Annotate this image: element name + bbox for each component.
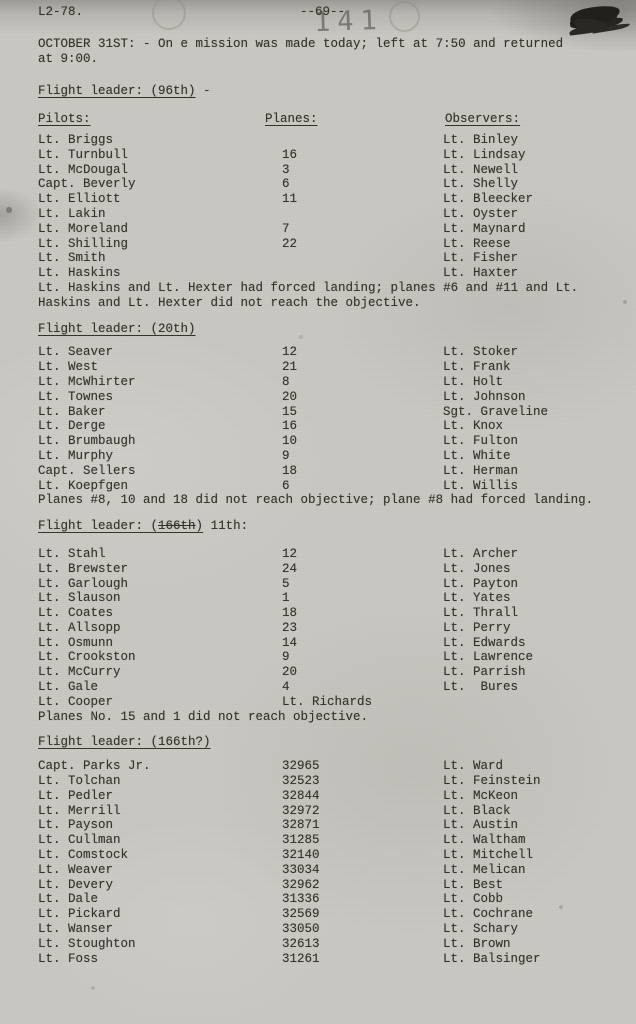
observer-cell: Lt. Stoker — [443, 345, 616, 360]
pilot-cell: Lt. Garlough — [38, 577, 282, 592]
table-row: Lt. Crookston9Lt. Lawrence — [38, 650, 616, 665]
flight-sections: Flight leader: (96th) - Pilots: Planes: … — [38, 84, 616, 966]
observer-cell: Lt. Cobb — [443, 892, 616, 907]
plane-cell — [282, 266, 443, 281]
section-notes: Planes No. 15 and 1 did not reach object… — [38, 710, 616, 725]
pilot-cell: Lt. Derge — [38, 419, 282, 434]
plane-cell: 12 — [282, 547, 443, 562]
section-heading: Flight leader: (20th) — [38, 322, 616, 337]
table-row: Lt. Wanser33050Lt. Schary — [38, 922, 616, 937]
flight-section: Flight leader: (20th) Lt. Seaver12Lt. St… — [38, 322, 616, 509]
table-row: Lt. Brumbaugh10Lt. Fulton — [38, 434, 616, 449]
observer-cell: Lt. Bures — [443, 680, 616, 695]
plane-cell: 32972 — [282, 804, 443, 819]
observers-column-header: Observers: — [445, 112, 616, 127]
flight-section: Flight leader: (96th) - Pilots: Planes: … — [38, 84, 616, 310]
pilot-cell: Lt. Foss — [38, 952, 282, 967]
table-row: Lt. Garlough5Lt. Payton — [38, 577, 616, 592]
observer-cell: Lt. Knox — [443, 419, 616, 434]
pilot-cell: Lt. Seaver — [38, 345, 282, 360]
section-notes: Planes #8, 10 and 18 did not reach objec… — [38, 493, 616, 508]
pilot-cell: Lt. McCurry — [38, 665, 282, 680]
plane-cell: 18 — [282, 606, 443, 621]
table-row: Lt. Shilling22Lt. Reese — [38, 237, 616, 252]
table-row: Lt. Elliott11Lt. Bleecker — [38, 192, 616, 207]
pilot-cell: Lt. Smith — [38, 251, 282, 266]
page-number: --69-- — [300, 5, 345, 20]
heading-text: ) — [196, 519, 204, 533]
pilot-cell: Lt. Allsopp — [38, 621, 282, 636]
plane-cell: 9 — [282, 650, 443, 665]
document-page: 141 L2-78. --69-- OCTOBER 31ST: - On e m… — [0, 0, 636, 1024]
observer-cell: Lt. Parrish — [443, 665, 616, 680]
plane-cell: 16 — [282, 419, 443, 434]
pilot-table: Lt. Seaver12Lt. StokerLt. West21Lt. Fran… — [38, 345, 616, 493]
heading-tail-text: - — [196, 84, 211, 98]
heading-struck-text: 166th — [158, 519, 196, 533]
observer-cell — [443, 695, 616, 710]
observer-cell: Lt. Balsinger — [443, 952, 616, 967]
section-heading: Flight leader: (166th) 11th: — [38, 519, 616, 534]
plane-cell: 33050 — [282, 922, 443, 937]
observer-cell: Lt. Thrall — [443, 606, 616, 621]
observer-cell: Lt. Black — [443, 804, 616, 819]
heading-text: Flight leader: (96th) — [38, 84, 196, 98]
table-row: Lt. Dale31336Lt. Cobb — [38, 892, 616, 907]
observer-cell: Lt. Jones — [443, 562, 616, 577]
table-row: Lt. BriggsLt. Binley — [38, 133, 616, 148]
pilot-cell: Capt. Sellers — [38, 464, 282, 479]
observer-cell: Lt. Brown — [443, 937, 616, 952]
table-row: Lt. Koepfgen6Lt. Willis — [38, 479, 616, 494]
plane-cell: 11 — [282, 192, 443, 207]
pilot-cell: Lt. Payson — [38, 818, 282, 833]
observer-cell: Lt. McKeon — [443, 789, 616, 804]
table-row: Lt. Foss31261Lt. Balsinger — [38, 952, 616, 967]
mission-summary-line: OCTOBER 31ST: - On e mission was made to… — [38, 37, 616, 52]
pilot-cell: Lt. Pedler — [38, 789, 282, 804]
observer-cell: Lt. Payton — [443, 577, 616, 592]
table-column-headers: Pilots: Planes: Observers: — [38, 112, 616, 127]
observer-cell: Lt. Reese — [443, 237, 616, 252]
observer-cell: Lt. Schary — [443, 922, 616, 937]
table-row: Lt. Slauson1Lt. Yates — [38, 591, 616, 606]
pilot-cell: Lt. Wanser — [38, 922, 282, 937]
observer-cell: Lt. Perry — [443, 621, 616, 636]
table-row: Lt. Osmunn14Lt. Edwards — [38, 636, 616, 651]
plane-cell: 1 — [282, 591, 443, 606]
plane-cell: 24 — [282, 562, 443, 577]
table-row: Capt. Parks Jr.32965Lt. Ward — [38, 759, 616, 774]
observer-cell: Lt. Maynard — [443, 222, 616, 237]
plane-cell: 3 — [282, 163, 443, 178]
observer-cell: Lt. Fulton — [443, 434, 616, 449]
table-row: Lt. McCurry20Lt. Parrish — [38, 665, 616, 680]
flight-section: Flight leader: (166th) 11th: Lt. Stahl12… — [38, 519, 616, 724]
observer-cell: Lt. Edwards — [443, 636, 616, 651]
plane-cell: 32844 — [282, 789, 443, 804]
pilot-cell: Lt. McDougal — [38, 163, 282, 178]
pilot-cell: Lt. Coates — [38, 606, 282, 621]
plane-cell: 16 — [282, 148, 443, 163]
planes-column-header: Planes: — [265, 112, 445, 127]
plane-cell: 6 — [282, 177, 443, 192]
observer-cell: Lt. Willis — [443, 479, 616, 494]
observer-cell: Lt. Best — [443, 878, 616, 893]
pilot-cell: Lt. Brewster — [38, 562, 282, 577]
pilot-cell: Lt. Devery — [38, 878, 282, 893]
table-row: Lt. Payson32871Lt. Austin — [38, 818, 616, 833]
observer-cell: Lt. Melican — [443, 863, 616, 878]
table-row: Lt. McDougal3Lt. Newell — [38, 163, 616, 178]
heading-text: Flight leader: ( — [38, 519, 158, 533]
section-note-line: Planes No. 15 and 1 did not reach object… — [38, 710, 616, 725]
pilot-cell: Lt. Merrill — [38, 804, 282, 819]
observer-cell: Lt. Newell — [443, 163, 616, 178]
mission-summary: OCTOBER 31ST: - On e mission was made to… — [38, 37, 616, 67]
table-row: Lt. Baker15Sgt. Graveline — [38, 405, 616, 420]
plane-cell: 32871 — [282, 818, 443, 833]
plane-cell: Lt. Richards — [282, 695, 443, 710]
heading-text: Flight leader: (20th) — [38, 322, 196, 336]
table-row: Lt. Cullman31285Lt. Waltham — [38, 833, 616, 848]
section-note-line: Haskins and Lt. Hexter did not reach the… — [38, 296, 616, 311]
table-row: Lt. Pedler32844Lt. McKeon — [38, 789, 616, 804]
pilot-cell: Lt. Pickard — [38, 907, 282, 922]
plane-cell: 32140 — [282, 848, 443, 863]
table-row: Lt. Derge16Lt. Knox — [38, 419, 616, 434]
plane-cell: 33034 — [282, 863, 443, 878]
observer-cell: Lt. Cochrane — [443, 907, 616, 922]
pilot-cell: Lt. Osmunn — [38, 636, 282, 651]
pilot-cell: Lt. Stoughton — [38, 937, 282, 952]
table-row: Lt. Allsopp23Lt. Perry — [38, 621, 616, 636]
observer-cell: Lt. Oyster — [443, 207, 616, 222]
plane-cell: 15 — [282, 405, 443, 420]
heading-text: Flight leader: (166th?) — [38, 735, 211, 749]
table-row: Lt. Murphy9Lt. White — [38, 449, 616, 464]
plane-cell: 22 — [282, 237, 443, 252]
observer-cell: Lt. Waltham — [443, 833, 616, 848]
table-row: Capt. Sellers18Lt. Herman — [38, 464, 616, 479]
observer-cell: Lt. Binley — [443, 133, 616, 148]
top-line: L2-78. --69-- — [38, 5, 616, 20]
plane-cell: 6 — [282, 479, 443, 494]
pilot-cell: Lt. Dale — [38, 892, 282, 907]
plane-cell: 18 — [282, 464, 443, 479]
table-row: Lt. West21Lt. Frank — [38, 360, 616, 375]
pilot-cell: Lt. Comstock — [38, 848, 282, 863]
section-heading: Flight leader: (96th) - — [38, 84, 616, 99]
plane-cell: 5 — [282, 577, 443, 592]
table-row: Lt. Gale4Lt. Bures — [38, 680, 616, 695]
observer-cell: Lt. Lawrence — [443, 650, 616, 665]
table-row: Lt. Devery32962Lt. Best — [38, 878, 616, 893]
observer-cell: Lt. Herman — [443, 464, 616, 479]
pilot-cell: Lt. Elliott — [38, 192, 282, 207]
pilot-cell: Lt. Brumbaugh — [38, 434, 282, 449]
table-row: Lt. Tolchan32523Lt. Feinstein — [38, 774, 616, 789]
plane-cell: 32965 — [282, 759, 443, 774]
plane-cell: 20 — [282, 665, 443, 680]
observer-cell: Lt. Shelly — [443, 177, 616, 192]
pilot-cell: Lt. Crookston — [38, 650, 282, 665]
observer-cell: Sgt. Graveline — [443, 405, 616, 420]
table-row: Lt. Coates18Lt. Thrall — [38, 606, 616, 621]
table-row: Lt. LakinLt. Oyster — [38, 207, 616, 222]
observer-cell: Lt. Fisher — [443, 251, 616, 266]
table-row: Lt. Stoughton32613Lt. Brown — [38, 937, 616, 952]
observer-cell: Lt. Mitchell — [443, 848, 616, 863]
plane-cell — [282, 251, 443, 266]
pilot-cell: Lt. Baker — [38, 405, 282, 420]
pilot-cell: Lt. Slauson — [38, 591, 282, 606]
pilots-column-header: Pilots: — [38, 112, 265, 127]
plane-cell: 32962 — [282, 878, 443, 893]
pilot-cell: Lt. Moreland — [38, 222, 282, 237]
plane-cell — [282, 207, 443, 222]
section-note-line: Planes #8, 10 and 18 did not reach objec… — [38, 493, 616, 508]
observer-cell: Lt. Archer — [443, 547, 616, 562]
page-content: L2-78. --69-- OCTOBER 31ST: - On e missi… — [0, 0, 636, 966]
plane-cell: 10 — [282, 434, 443, 449]
table-row: Lt. McWhirter8Lt. Holt — [38, 375, 616, 390]
plane-cell — [282, 133, 443, 148]
observer-cell: Lt. Feinstein — [443, 774, 616, 789]
table-row: Capt. Beverly6Lt. Shelly — [38, 177, 616, 192]
pilot-cell: Capt. Beverly — [38, 177, 282, 192]
table-row: Lt. CooperLt. Richards — [38, 695, 616, 710]
pilot-cell: Lt. Koepfgen — [38, 479, 282, 494]
mission-summary-line: at 9:00. — [38, 52, 616, 67]
table-row: Lt. HaskinsLt. Haxter — [38, 266, 616, 281]
pilot-table: Lt. BriggsLt. BinleyLt. Turnbull16Lt. Li… — [38, 133, 616, 281]
observer-cell: Lt. White — [443, 449, 616, 464]
pilot-cell: Capt. Parks Jr. — [38, 759, 282, 774]
pilot-cell: Lt. Haskins — [38, 266, 282, 281]
pilot-cell: Lt. Turnbull — [38, 148, 282, 163]
plane-cell: 4 — [282, 680, 443, 695]
observer-cell: Lt. Austin — [443, 818, 616, 833]
plane-cell: 31285 — [282, 833, 443, 848]
pilot-cell: Lt. Stahl — [38, 547, 282, 562]
observer-cell: Lt. Bleecker — [443, 192, 616, 207]
table-row: Lt. SmithLt. Fisher — [38, 251, 616, 266]
observer-cell: Lt. Haxter — [443, 266, 616, 281]
observer-cell: Lt. Holt — [443, 375, 616, 390]
section-heading: Flight leader: (166th?) — [38, 735, 616, 750]
pilot-cell: Lt. Tolchan — [38, 774, 282, 789]
table-row: Lt. Townes20Lt. Johnson — [38, 390, 616, 405]
plane-cell: 14 — [282, 636, 443, 651]
flight-section: Flight leader: (166th?) Capt. Parks Jr.3… — [38, 735, 616, 966]
plane-cell: 12 — [282, 345, 443, 360]
table-row: Lt. Pickard32569Lt. Cochrane — [38, 907, 616, 922]
plane-cell: 9 — [282, 449, 443, 464]
plane-cell: 32613 — [282, 937, 443, 952]
observer-cell: Lt. Lindsay — [443, 148, 616, 163]
observer-cell: Lt. Frank — [443, 360, 616, 375]
heading-tail-text: 11th: — [203, 519, 248, 533]
table-row: Lt. Stahl12Lt. Archer — [38, 547, 616, 562]
pilot-cell: Lt. Cullman — [38, 833, 282, 848]
table-row: Lt. Turnbull16Lt. Lindsay — [38, 148, 616, 163]
plane-cell: 21 — [282, 360, 443, 375]
pilot-cell: Lt. Briggs — [38, 133, 282, 148]
plane-cell: 31336 — [282, 892, 443, 907]
pilot-table: Capt. Parks Jr.32965Lt. WardLt. Tolchan3… — [38, 759, 616, 966]
pilot-table: Lt. Stahl12Lt. ArcherLt. Brewster24Lt. J… — [38, 547, 616, 710]
table-row: Lt. Comstock32140Lt. Mitchell — [38, 848, 616, 863]
document-reference: L2-78. — [38, 5, 83, 19]
pilot-cell: Lt. McWhirter — [38, 375, 282, 390]
plane-cell: 7 — [282, 222, 443, 237]
pilot-cell: Lt. Lakin — [38, 207, 282, 222]
table-row: Lt. Brewster24Lt. Jones — [38, 562, 616, 577]
pilot-cell: Lt. Townes — [38, 390, 282, 405]
plane-cell: 20 — [282, 390, 443, 405]
table-row: Lt. Seaver12Lt. Stoker — [38, 345, 616, 360]
section-notes: Lt. Haskins and Lt. Hexter had forced la… — [38, 281, 616, 311]
observer-cell: Lt. Yates — [443, 591, 616, 606]
pilot-cell: Lt. Shilling — [38, 237, 282, 252]
pilot-cell: Lt. Weaver — [38, 863, 282, 878]
section-note-line: Lt. Haskins and Lt. Hexter had forced la… — [38, 281, 616, 296]
table-row: Lt. Weaver33034Lt. Melican — [38, 863, 616, 878]
plane-cell: 32523 — [282, 774, 443, 789]
pilot-cell: Lt. Cooper — [38, 695, 282, 710]
observer-cell: Lt. Johnson — [443, 390, 616, 405]
plane-cell: 32569 — [282, 907, 443, 922]
plane-cell: 31261 — [282, 952, 443, 967]
plane-cell: 8 — [282, 375, 443, 390]
pilot-cell: Lt. Gale — [38, 680, 282, 695]
pilot-cell: Lt. West — [38, 360, 282, 375]
observer-cell: Lt. Ward — [443, 759, 616, 774]
plane-cell: 23 — [282, 621, 443, 636]
table-row: Lt. Merrill32972Lt. Black — [38, 804, 616, 819]
pilot-cell: Lt. Murphy — [38, 449, 282, 464]
table-row: Lt. Moreland7Lt. Maynard — [38, 222, 616, 237]
